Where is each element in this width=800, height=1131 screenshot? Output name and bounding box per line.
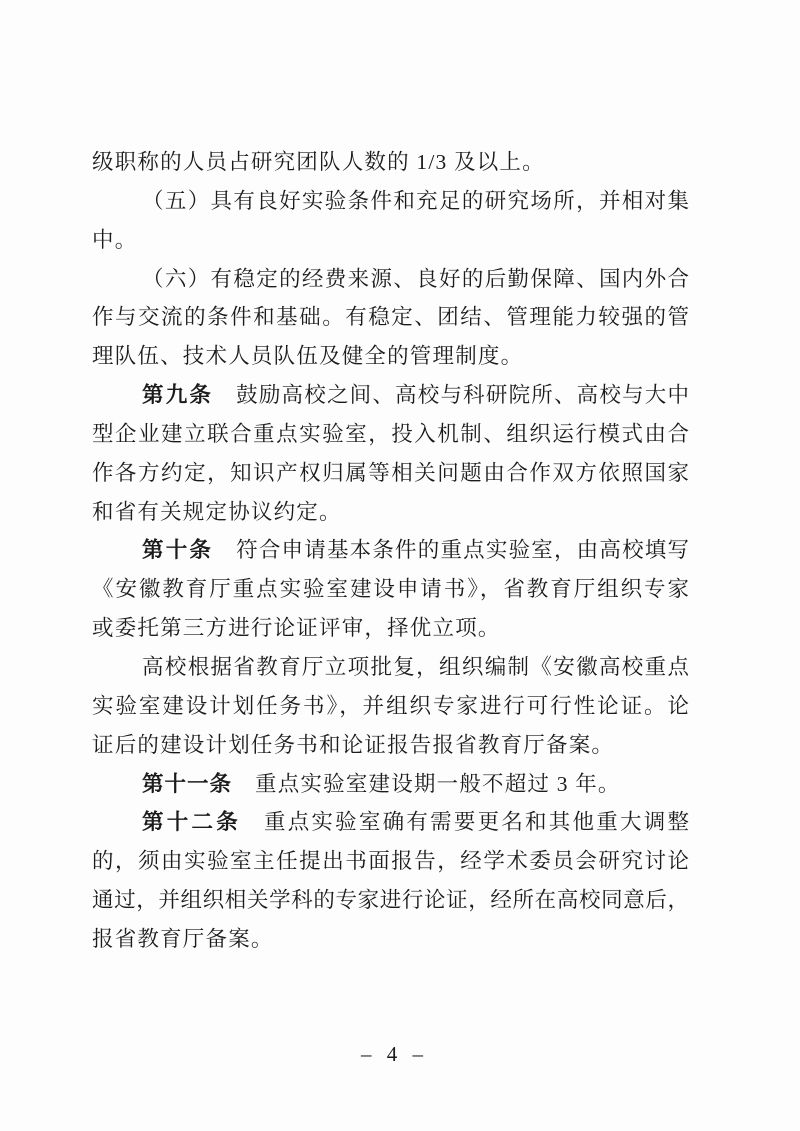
article-number: 第九条 [142, 383, 213, 407]
document-page: 级职称的人员占研究团队人数的 1/3 及以上。（五）具有良好实验条件和充足的研究… [0, 0, 800, 1131]
line-text: 报省教育厅备案。 [92, 927, 274, 951]
text-line: 《安徽教育厅重点实验室建设申请书》，省教育厅组织专家 [92, 570, 689, 609]
text-line: （五）具有良好实验条件和充足的研究场所，并相对集 [92, 182, 689, 221]
text-line: 第十二条重点实验室确有需要更名和其他重大调整 [92, 803, 689, 842]
line-text: （五）具有良好实验条件和充足的研究场所，并相对集 [142, 189, 689, 213]
text-line: 作与交流的条件和基础。有稳定、团结、管理能力较强的管 [92, 298, 689, 337]
line-text: 《安徽教育厅重点实验室建设申请书》，省教育厅组织专家 [92, 577, 689, 601]
text-line: 报省教育厅备案。 [92, 920, 689, 959]
text-line: （六）有稳定的经费来源、良好的后勤保障、国内外合 [92, 260, 689, 299]
document-body: 级职称的人员占研究团队人数的 1/3 及以上。（五）具有良好实验条件和充足的研究… [92, 143, 689, 959]
text-line: 理队伍、技术人员队伍及健全的管理制度。 [92, 337, 689, 376]
text-line: 级职称的人员占研究团队人数的 1/3 及以上。 [92, 143, 689, 182]
line-text: 证后的建设计划任务书和论证报告报省教育厅备案。 [92, 733, 614, 757]
text-line: 中。 [92, 221, 689, 260]
line-text: 符合申请基本条件的重点实验室，由高校填写 [236, 538, 689, 562]
article-number: 第十一条 [142, 772, 232, 796]
line-text: 作各方约定，知识产权归属等相关问题由合作双方依照国家 [92, 461, 689, 485]
article-number: 第十二条 [142, 810, 241, 834]
line-text: 通过，并组织相关学科的专家进行论证，经所在高校同意后， [92, 888, 689, 912]
line-text: 型企业建立联合重点实验室，投入机制、组织运行模式由合 [92, 422, 689, 446]
article-number: 第十条 [142, 538, 213, 562]
line-text: （六）有稳定的经费来源、良好的后勤保障、国内外合 [142, 267, 689, 291]
line-text: 级职称的人员占研究团队人数的 1/3 及以上。 [92, 150, 545, 174]
page-number: – 4 – [0, 1039, 786, 1069]
text-line: 第九条鼓励高校之间、高校与科研院所、高校与大中 [92, 376, 689, 415]
line-text: 重点实验室建设期一般不超过 3 年。 [255, 772, 621, 796]
text-line: 或委托第三方进行论证评审，择优立项。 [92, 609, 689, 648]
text-line: 第十条符合申请基本条件的重点实验室，由高校填写 [92, 531, 689, 570]
line-text: 作与交流的条件和基础。有稳定、团结、管理能力较强的管 [92, 305, 689, 329]
text-line: 实验室建设计划任务书》，并组织专家进行可行性论证。论 [92, 687, 689, 726]
line-text: 高校根据省教育厅立项批复，组织编制《安徽高校重点 [142, 655, 689, 679]
text-line: 证后的建设计划任务书和论证报告报省教育厅备案。 [92, 726, 689, 765]
text-line: 型企业建立联合重点实验室，投入机制、组织运行模式由合 [92, 415, 689, 454]
text-line: 和省有关规定协议约定。 [92, 493, 689, 532]
line-text: 和省有关规定协议约定。 [92, 500, 342, 524]
line-text: 重点实验室确有需要更名和其他重大调整 [264, 810, 689, 834]
line-text: 的，须由实验室主任提出书面报告，经学术委员会研究讨论 [92, 849, 689, 873]
line-text: 实验室建设计划任务书》，并组织专家进行可行性论证。论 [92, 694, 689, 718]
line-text: 或委托第三方进行论证评审，择优立项。 [92, 616, 501, 640]
line-text: 理队伍、技术人员队伍及健全的管理制度。 [92, 344, 523, 368]
text-line: 高校根据省教育厅立项批复，组织编制《安徽高校重点 [92, 648, 689, 687]
text-line: 作各方约定，知识产权归属等相关问题由合作双方依照国家 [92, 454, 689, 493]
text-line: 通过，并组织相关学科的专家进行论证，经所在高校同意后， [92, 881, 689, 920]
line-text: 中。 [92, 228, 137, 252]
text-line: 的，须由实验室主任提出书面报告，经学术委员会研究讨论 [92, 842, 689, 881]
text-line: 第十一条重点实验室建设期一般不超过 3 年。 [92, 765, 689, 804]
line-text: 鼓励高校之间、高校与科研院所、高校与大中 [236, 383, 689, 407]
